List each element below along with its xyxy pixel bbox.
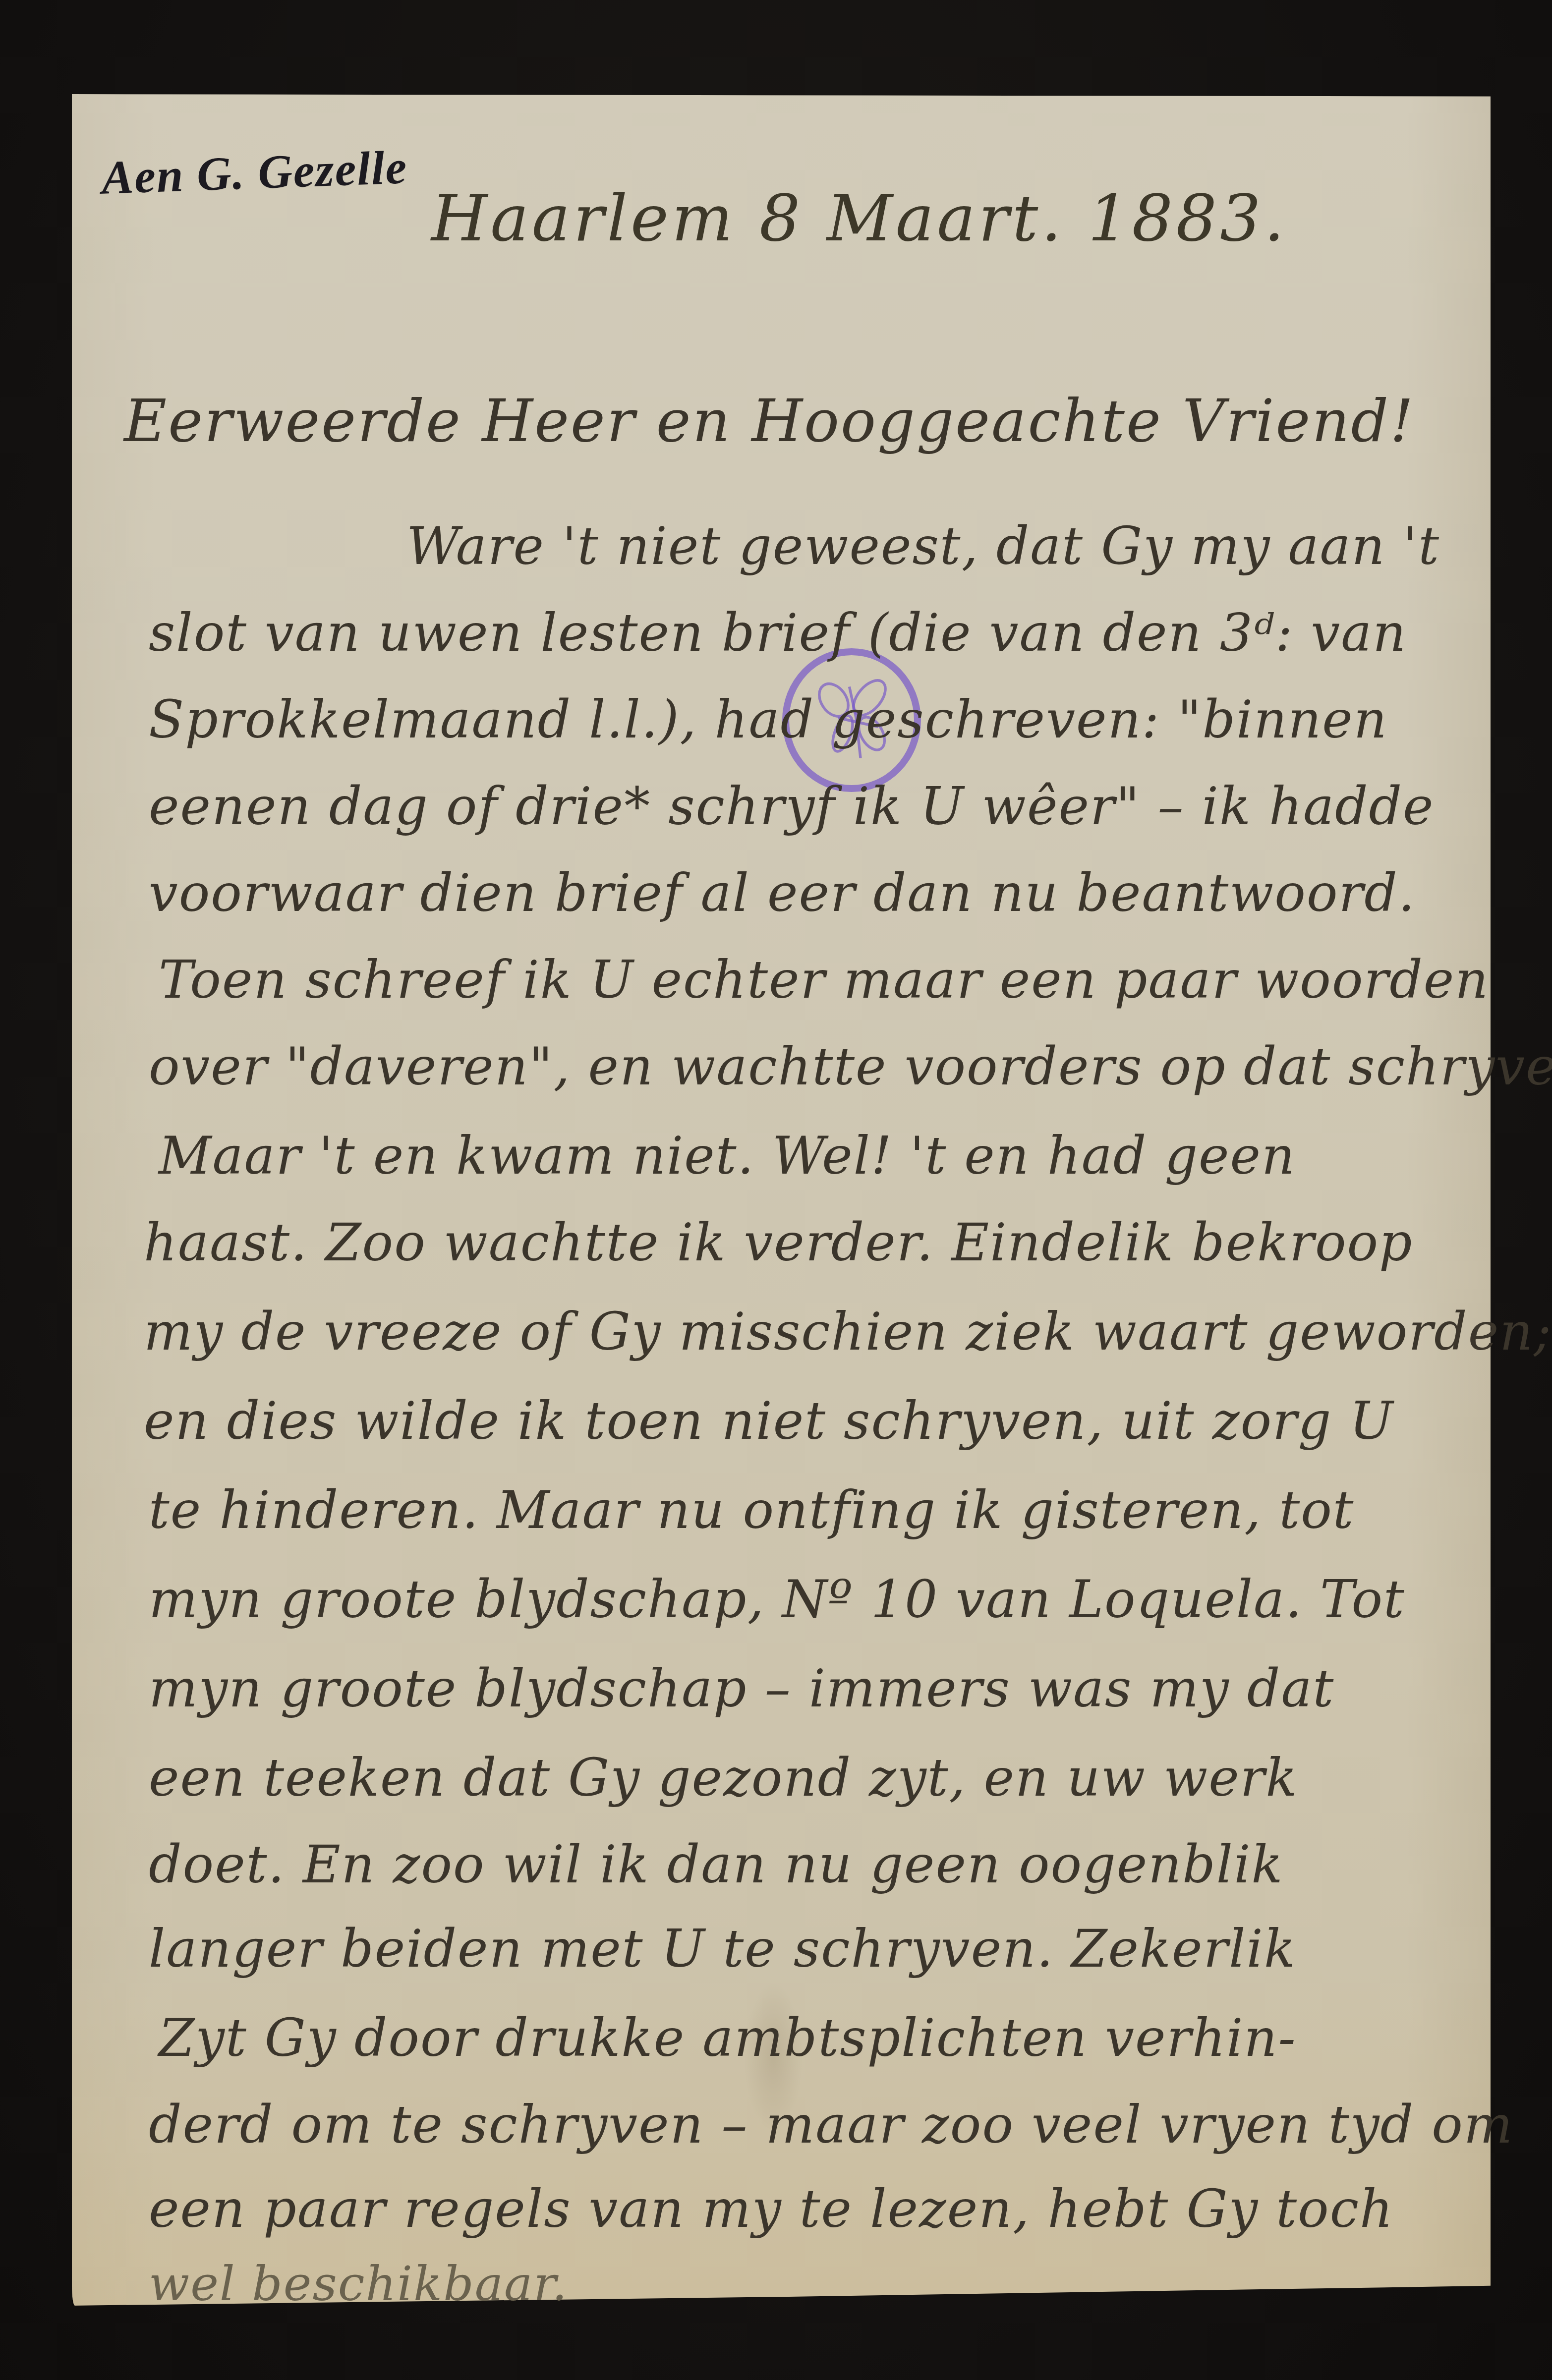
body-line: eenen dag of drie* schryf ik U wêer" – i… bbox=[149, 781, 1435, 832]
body-line: en dies wilde ik toen niet schryven, uit… bbox=[144, 1395, 1394, 1447]
body-line: myn groote blydschap, Nº 10 van Loquela.… bbox=[149, 1574, 1405, 1625]
body-line: slot van uwen lesten brief (die van den … bbox=[149, 607, 1407, 659]
salutation: Eerweerde Heer en Hooggeachte Vriend! bbox=[124, 392, 1415, 450]
body-line: een teeken dat Gy gezond zyt, en uw werk bbox=[149, 1752, 1298, 1804]
archival-annotation: Aen G. Gezelle bbox=[101, 143, 408, 201]
body-line: een paar regels van my te lezen, hebt Gy… bbox=[149, 2183, 1394, 2235]
dateline: Haarlem 8 Maart. 1883. bbox=[431, 186, 1287, 250]
body-line: derd om te schryven – maar zoo veel vrye… bbox=[149, 2099, 1513, 2151]
body-line: Zyt Gy door drukke ambtsplichten verhin- bbox=[159, 2012, 1297, 2064]
body-line: myn groote blydschap – immers was my dat bbox=[149, 1663, 1334, 1714]
body-line: over "daveren", en wachtte voorders op d… bbox=[149, 1041, 1552, 1092]
body-line: langer beiden met U te schryven. Zekerli… bbox=[149, 1923, 1296, 1975]
body-line: Ware 't niet geweest, dat Gy my aan 't bbox=[406, 520, 1440, 572]
body-line: te hinderen. Maar nu ontfing ik gisteren… bbox=[149, 1484, 1355, 1536]
body-line: doet. En zoo wil ik dan nu geen oogenbli… bbox=[149, 1839, 1283, 1890]
body-line: Toen schreef ik U echter maar een paar w… bbox=[159, 954, 1489, 1006]
body-line: my de vreeze of Gy misschien ziek waart … bbox=[144, 1306, 1552, 1358]
body-line: voorwaar dien brief al eer dan nu beantw… bbox=[149, 867, 1416, 919]
body-line: Maar 't en kwam niet. Wel! 't en had gee… bbox=[159, 1130, 1296, 1182]
body-line: wel beschikbaar. bbox=[149, 2260, 568, 2308]
body-line: haast. Zoo wachtte ik verder. Eindelik b… bbox=[144, 1217, 1413, 1268]
body-line: Sprokkelmaand l.l.), had geschreven: "bi… bbox=[149, 694, 1388, 745]
